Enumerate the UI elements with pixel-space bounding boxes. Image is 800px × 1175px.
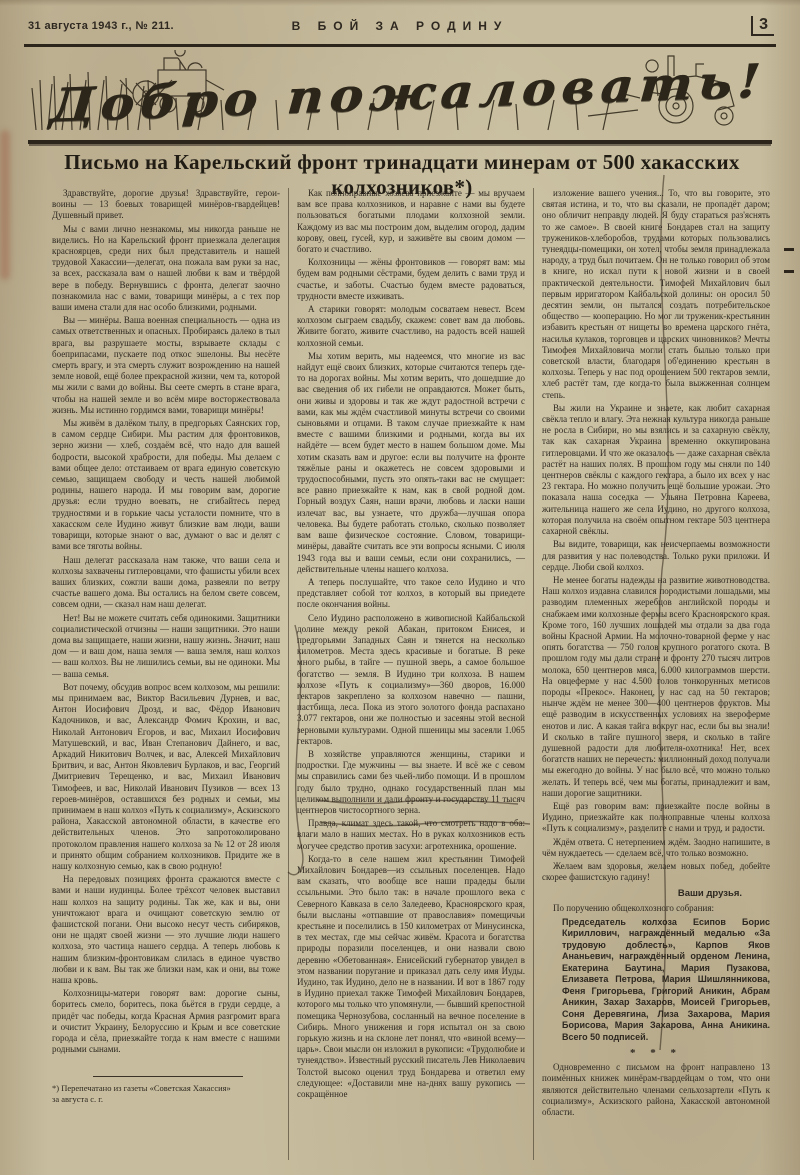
column-3: изложение вашего учения... То, что вы го… <box>540 188 772 1160</box>
paragraph: Мы хотим верить, мы надеемся, что многие… <box>297 351 525 575</box>
paragraph: В хозяйстве управляются женщины, старики… <box>297 749 525 816</box>
footnote-rule <box>93 1076 243 1077</box>
masthead-rule <box>24 44 776 47</box>
paragraph: Нет! Вы не можете считать себя одинокими… <box>52 613 280 680</box>
column-rule <box>288 188 289 1160</box>
paragraph: Мы с вами лично незнакомы, мы никогда ра… <box>52 224 280 314</box>
commission-line: По поручению общеколхозного собрания: <box>542 903 770 914</box>
paragraph: Когда-то в селе нашем жил крестьянин Тим… <box>297 854 525 1100</box>
paragraph: Вы жили на Украине и знаете, как любит с… <box>542 403 770 537</box>
paragraph: На передовых позициях фронта сражаются в… <box>52 874 280 986</box>
paragraph: Село Иудино расположено в живописной Кай… <box>297 613 525 747</box>
page-edge-shadow <box>0 0 800 6</box>
newspaper-page: { "page": { "background": "#c7bd9e", "in… <box>0 0 800 1175</box>
paragraph: Как полноправные хозяева приезжайте — мы… <box>297 188 525 255</box>
banner: Добро пожаловать! <box>28 50 772 138</box>
paragraph: Мы живём в далёком тылу, в предгорьях Са… <box>52 418 280 552</box>
page-number: 3 <box>751 16 774 36</box>
paragraph: Вы видите, товарищи, как неисчерпаемы во… <box>542 539 770 573</box>
column-rule <box>533 188 534 1160</box>
paragraph: Вот почему, обсудив вопрос всем колхозом… <box>52 682 280 872</box>
paragraph: А теперь послушайте, что такое село Иуди… <box>297 577 525 611</box>
column-2: Как полноправные хозяева приезжайте — мы… <box>295 188 527 1160</box>
column-1: Здравствуйте, дорогие друзья! Здравствуй… <box>50 188 282 1160</box>
paragraph: Ещё раз говорим вам: приезжайте после во… <box>542 801 770 835</box>
banner-rule <box>28 140 772 144</box>
paragraph: Не менее богаты надежды на развитие живо… <box>542 575 770 799</box>
paragraph: изложение вашего учения... То, что вы го… <box>542 188 770 401</box>
paragraph: Колхозницы — жёны фронтовиков — говорят … <box>297 257 525 302</box>
paragraph: Наш делегат рассказала нам также, что ва… <box>52 555 280 611</box>
footnote: *) Перепечатано из газеты «Советская Хак… <box>52 1070 284 1105</box>
paragraph: Ждём ответа. С нетерпением ждём. Заодно … <box>542 837 770 859</box>
paragraph: Вы — минёры. Ваша военная специальность … <box>52 315 280 416</box>
footnote-line-1: *) Перепечатано из газеты «Советская Хак… <box>52 1083 284 1094</box>
masthead: 31 августа 1943 г., № 211. В БОЙ ЗА РОДИ… <box>24 14 776 40</box>
column-3-paragraphs: изложение вашего учения... То, что вы го… <box>542 188 770 885</box>
margin-mark <box>784 270 794 273</box>
signature: Ваши друзья. <box>542 888 770 899</box>
signatories: Председатель колхоза Есипов Борис Кирилл… <box>542 917 770 1044</box>
margin-mark <box>784 248 794 251</box>
paragraph: Колхозницы-матери говорят вам: дорогие с… <box>52 988 280 1055</box>
paragraph: Правда, климат здесь такой, что смотреть… <box>297 818 525 852</box>
footnote-line-2: за августа с. г. <box>52 1094 284 1105</box>
section-separator: * * * <box>542 1047 770 1059</box>
paragraph: Желаем вам здоровья, желаем новых побед,… <box>542 861 770 883</box>
paragraph: А старики говорят: молодым сосватаем нев… <box>297 304 525 349</box>
newspaper-title: В БОЙ ЗА РОДИНУ <box>24 19 776 33</box>
postscript: Одновременно с письмом на фронт направле… <box>542 1062 770 1118</box>
article-body: Здравствуйте, дорогие друзья! Здравствуй… <box>50 188 772 1160</box>
ink-smudge <box>0 130 10 280</box>
paragraph: Здравствуйте, дорогие друзья! Здравствуй… <box>52 188 280 222</box>
